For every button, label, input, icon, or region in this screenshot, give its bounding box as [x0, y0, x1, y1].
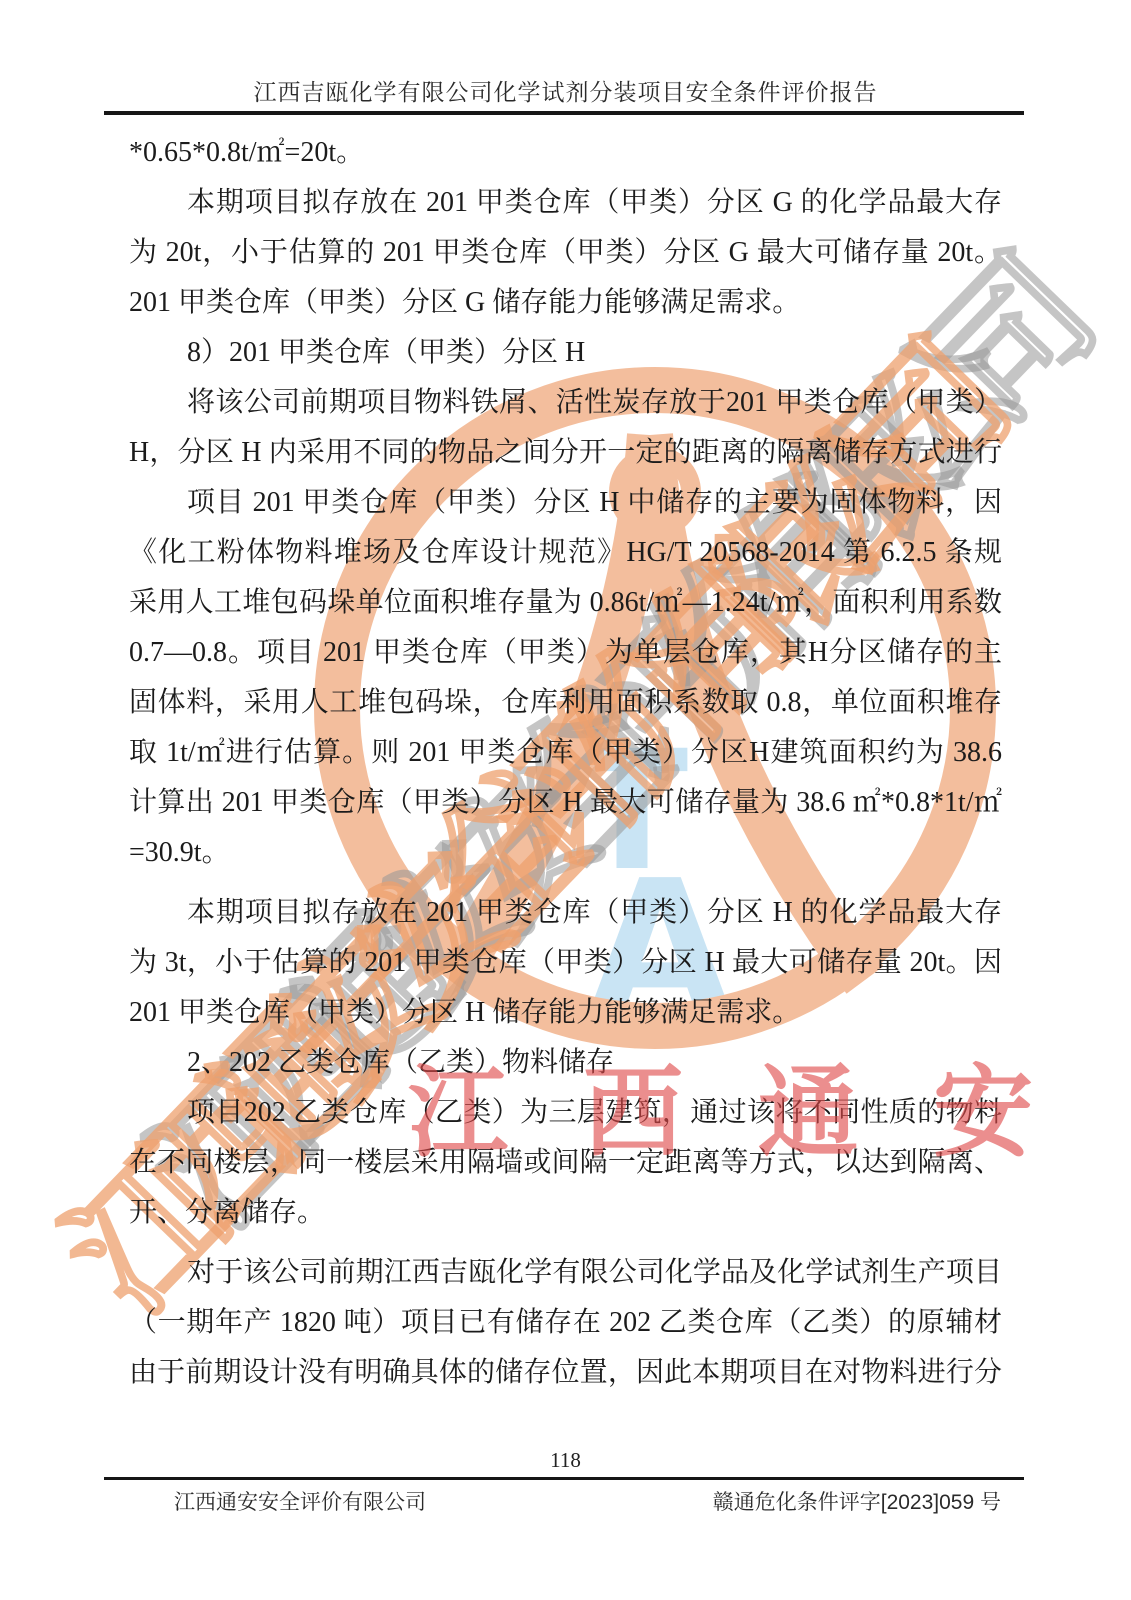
- body-line: *0.65*0.8t/㎡=20t。: [129, 128, 1002, 178]
- body-line: 采用人工堆包码垛单位面积堆存量为 0.86t/㎡—1.24t/㎡，面积利用系数: [129, 578, 1002, 628]
- body-line: 为 20t，小于估算的 201 甲类仓库（甲类）分区 G 最大可储存量 20t。…: [129, 228, 1002, 278]
- body-line: 为 3t，小于估算的 201 甲类仓库（甲类）分区 H 最大可储存量 20t。因…: [129, 938, 1002, 988]
- body-line: 由于前期设计没有明确具体的储存位置，因此本期项目在对物料进行分区、: [129, 1348, 1002, 1398]
- body-line: =30.9t。: [129, 828, 1002, 878]
- body-line: 本期项目拟存放在 201 甲类仓库（甲类）分区 G 的化学品最大存放总量: [129, 178, 1002, 228]
- body-line: 本期项目拟存放在 201 甲类仓库（甲类）分区 H 的化学品最大存放总量: [129, 888, 1002, 938]
- body-text: *0.65*0.8t/㎡=20t。 本期项目拟存放在 201 甲类仓库（甲类）分…: [129, 128, 1002, 1398]
- body-line: 201 甲类仓库（甲类）分区 G 储存能力能够满足需求。: [129, 278, 1002, 328]
- body-line: （一期年产 1820 吨）项目已有储存在 202 乙类仓库（乙类）的原辅材料，: [129, 1298, 1002, 1348]
- body-line: 计算出 201 甲类仓库（甲类）分区 H 最大可储存量为 38.6 ㎡*0.8*…: [129, 778, 1002, 828]
- footer-company-name: 江西通安安全评价有限公司: [174, 1486, 426, 1516]
- body-line: 8）201 甲类仓库（甲类）分区 H: [129, 328, 1002, 378]
- body-line: 开、分离储存。: [129, 1188, 1002, 1238]
- body-line: 取 1t/㎡进行估算。则 201 甲类仓库（甲类）分区H建筑面积约为 38.6 …: [129, 728, 1002, 778]
- body-line: 固体料，采用人工堆包码垛，仓库利用面积系数取 0.8，单位面积堆存量为: [129, 678, 1002, 728]
- footer-document-number: 赣通危化条件评字[2023]059 号: [713, 1486, 1001, 1516]
- page-number: 118: [0, 1448, 1131, 1473]
- footer-rule: [104, 1477, 1024, 1480]
- body-line: 《化工粉体物料堆场及仓库设计规范》HG/T 20568-2014 第 6.2.5…: [129, 528, 1002, 578]
- body-line: 项目 201 甲类仓库（甲类）分区 H 中储存的主要为固体物料，因此根据: [129, 478, 1002, 528]
- body-line: H，分区 H 内采用不同的物品之间分开一定的距离的隔离储存方式进行存放。: [129, 428, 1002, 478]
- body-line: 在不同楼层，同一楼层采用隔墙或间隔一定距离等方式，以达到隔离、隔: [129, 1138, 1002, 1188]
- report-header-title: 江西吉瓯化学有限公司化学试剂分装项目安全条件评价报告: [0, 74, 1131, 107]
- body-line: 2、202 乙类仓库（乙类）物料储存: [129, 1038, 1002, 1088]
- body-line: 对于该公司前期江西吉瓯化学有限公司化学品及化学试剂生产项目: [129, 1248, 1002, 1298]
- header-rule: [104, 111, 1024, 115]
- body-line: 项目202 乙类仓库（乙类）为三层建筑，通过该将不同性质的物料储存: [129, 1088, 1002, 1138]
- body-line: 201 甲类仓库（甲类）分区 H 储存能力能够满足需求。: [129, 988, 1002, 1038]
- body-line: 0.7—0.8。项目 201 甲类仓库（甲类）为单层仓库，其H分区储存的主要为: [129, 628, 1002, 678]
- document-page: T A 江西通安安全评价有限公司 江西通安安全评价有限公司 江西吉瓯化学有限公司…: [0, 0, 1131, 1600]
- body-line: 将该公司前期项目物料铁屑、活性炭存放于201 甲类仓库（甲类）分区: [129, 378, 1002, 428]
